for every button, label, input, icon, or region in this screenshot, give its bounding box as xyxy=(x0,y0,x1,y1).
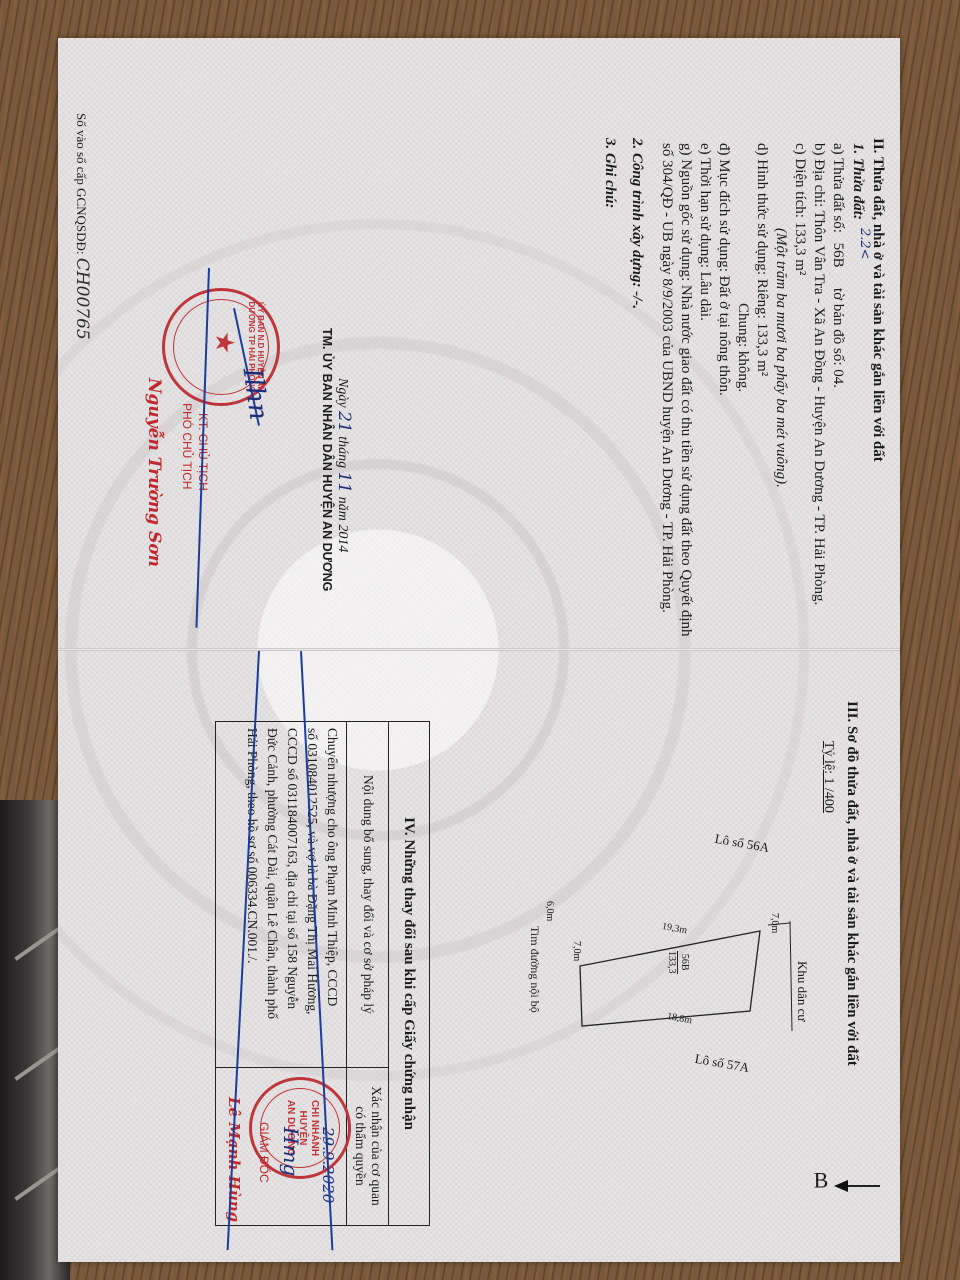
section-ii-title: II. Thửa đất, nhà ở và tài sản khác gắn … xyxy=(869,138,886,462)
area-in-words: (Một trăm ba mươi ba phẩy ba mét vuông). xyxy=(772,228,789,488)
confirmer-role: GIÁM ĐỐC xyxy=(257,1122,271,1183)
neighbor-right: Khu dân cư xyxy=(794,961,810,1021)
subsection-3-title: 3. Ghi chú: xyxy=(601,138,618,208)
star-icon: ★ xyxy=(209,331,239,354)
change-entry: Chuyển nhượng cho ông Phạm Minh Thiệp, C… xyxy=(238,722,346,1067)
parcel-plot-diagram xyxy=(530,881,830,1121)
handwritten-note: 2.2< xyxy=(857,228,872,260)
content-column-header: Nội dung bổ sung, thay đổi và cơ sở pháp… xyxy=(346,722,389,1067)
neighbor-top: Lô số 56A xyxy=(714,831,771,856)
usage-term: e) Thời hạn sử dụng: Lâu dài. xyxy=(696,143,713,321)
confirmation-column-header: Xác nhận của cơ quan có thẩm quyền xyxy=(346,1067,389,1225)
parcel-id: 56B xyxy=(677,951,690,974)
changes-table: IV. Những thay đổi sau khi cấp Giấy chứn… xyxy=(215,721,430,1226)
north-arrow-icon xyxy=(834,1180,848,1192)
issuing-authority: TM. ỦY BAN NHÂN DÂN HUYỆN AN DƯƠNG xyxy=(320,328,334,591)
usage-shared: Chung: không. xyxy=(734,303,751,392)
confirmation-column: Xác nhận của cơ quan có thẩm quyền 29.9.… xyxy=(216,1067,389,1225)
usage-purpose: đ) Mục đích sử dụng: Đất ở tại nông thôn… xyxy=(715,143,732,396)
section-iv-title: IV. Những thay đổi sau khi cấp Giấy chứn… xyxy=(388,722,429,1225)
subsection-2-title: 2. Công trình xây dựng: -/-. xyxy=(628,138,645,309)
parcel-number-label: a) Thửa đất số: xyxy=(830,143,846,233)
edge-left: 7,0m xyxy=(571,941,582,961)
road-label: Tim đường nội bộ xyxy=(527,926,542,1013)
registry-number: Số vào sổ cấp GCNQSDĐ: CH00765 xyxy=(72,113,92,340)
left-page: II. Thửa đất, nhà ở và tài sản khác gắn … xyxy=(58,38,900,648)
parcel-label: 56B 133,3 xyxy=(665,951,690,974)
land-use-certificate: II. Thửa đất, nhà ở và tài sản khác gắn … xyxy=(58,38,900,1262)
registry-value: CH00765 xyxy=(72,258,92,340)
changes-content-column: Nội dung bổ sung, thay đổi và cơ sở pháp… xyxy=(216,722,389,1068)
right-page: III. Sơ đồ thửa đất, nhà ở và tài sản kh… xyxy=(58,651,900,1262)
north-marker: B xyxy=(814,1167,829,1193)
edge-right: 7,0m xyxy=(769,913,780,933)
signer-role-2: PHÓ CHỦ TỊCH xyxy=(180,403,194,489)
issue-day: 21 xyxy=(334,411,354,433)
map-sheet-number: tờ bản đồ số: 04. xyxy=(829,288,846,388)
confirmer-signature: Hmg xyxy=(279,1127,303,1176)
origin-line-1: g) Nguồn gốc sử dụng: Nhà nước giao đất … xyxy=(677,143,694,637)
parcel-number-value: 56B xyxy=(830,243,846,268)
issue-date: Ngày 21 tháng 11 năm 2014 xyxy=(334,378,354,552)
issue-month: 11 xyxy=(334,472,354,494)
origin-line-2: số 304/QĐ - UB ngày 8/9/2003 của UBND hu… xyxy=(658,143,675,613)
road-offset: 6,0m xyxy=(544,901,555,921)
parcel-area: 133,3 xyxy=(665,951,677,974)
signer-name: Nguyễn Trường Sơn xyxy=(144,378,164,567)
address: b) Địa chỉ: Thôn Vân Tra - Xã An Đồng - … xyxy=(810,143,827,605)
usage-form: d) Hình thức sử dụng: Riêng: 133,3 m² xyxy=(753,143,770,376)
map-scale: Tỷ lệ: 1 /400 xyxy=(820,741,836,813)
subsection-1-title: 1. Thửa đất: xyxy=(849,143,866,220)
section-iii-title: III. Sơ đồ thửa đất, nhà ở và tài sản kh… xyxy=(843,701,860,1066)
parcel-number-row: a) Thửa đất số: 56B xyxy=(829,143,846,268)
area: c) Diện tích: 133,3 m² xyxy=(791,143,808,275)
